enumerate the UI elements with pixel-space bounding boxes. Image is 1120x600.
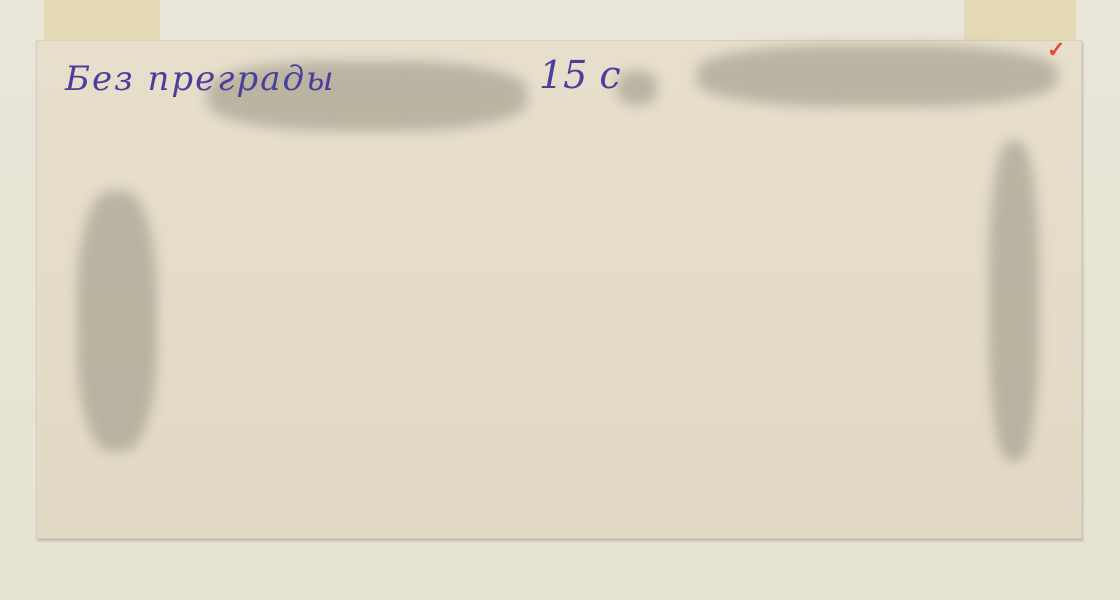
glue-residue-left: [77, 191, 157, 451]
glue-residue-top-mid: [617, 71, 657, 105]
glue-residue-right: [989, 141, 1039, 461]
handwritten-title: Без преграды: [65, 59, 336, 99]
glue-residue-top-right: [697, 45, 1057, 107]
card-back: Без преграды 15 с ✓: [36, 40, 1082, 539]
checkmark-icon: ✓: [1047, 37, 1065, 63]
handwritten-number: 15 с: [539, 53, 621, 97]
